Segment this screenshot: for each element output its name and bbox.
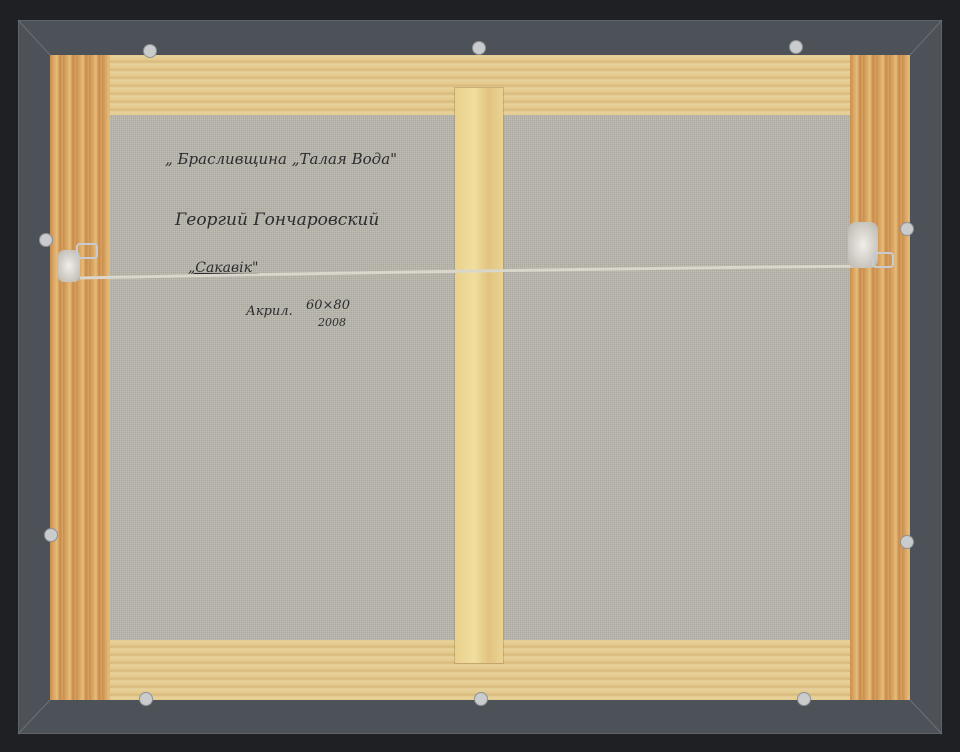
- frame-clip-icon: [900, 535, 914, 549]
- stretcher-right-rail: [850, 55, 910, 700]
- canvas-left-panel: [110, 115, 455, 640]
- hanging-wire: [80, 262, 870, 284]
- inscription-medium: Акрил.: [246, 304, 293, 319]
- frame-clip-icon: [900, 222, 914, 236]
- left-d-ring-icon: [76, 243, 98, 259]
- frame-clip-icon: [139, 692, 153, 706]
- canvas-right-panel: [503, 115, 850, 640]
- inscription-title: „ Брасливщина „Талая Вода": [165, 150, 397, 168]
- frame-clip-icon: [797, 692, 811, 706]
- frame-clip-icon: [44, 528, 58, 542]
- frame-clip-icon: [474, 692, 488, 706]
- center-crossbar: [455, 88, 503, 663]
- inscription-dimensions: 60×80: [306, 298, 350, 313]
- right-d-ring-icon: [872, 252, 894, 268]
- frame-clip-icon: [789, 40, 803, 54]
- frame-clip-icon: [143, 44, 157, 58]
- frame-clip-icon: [472, 41, 486, 55]
- stretcher-left-rail: [50, 55, 110, 700]
- inscription-year: 2008: [318, 316, 346, 329]
- inscription-signature: Георгий Гончаровский: [175, 210, 379, 230]
- frame-clip-icon: [39, 233, 53, 247]
